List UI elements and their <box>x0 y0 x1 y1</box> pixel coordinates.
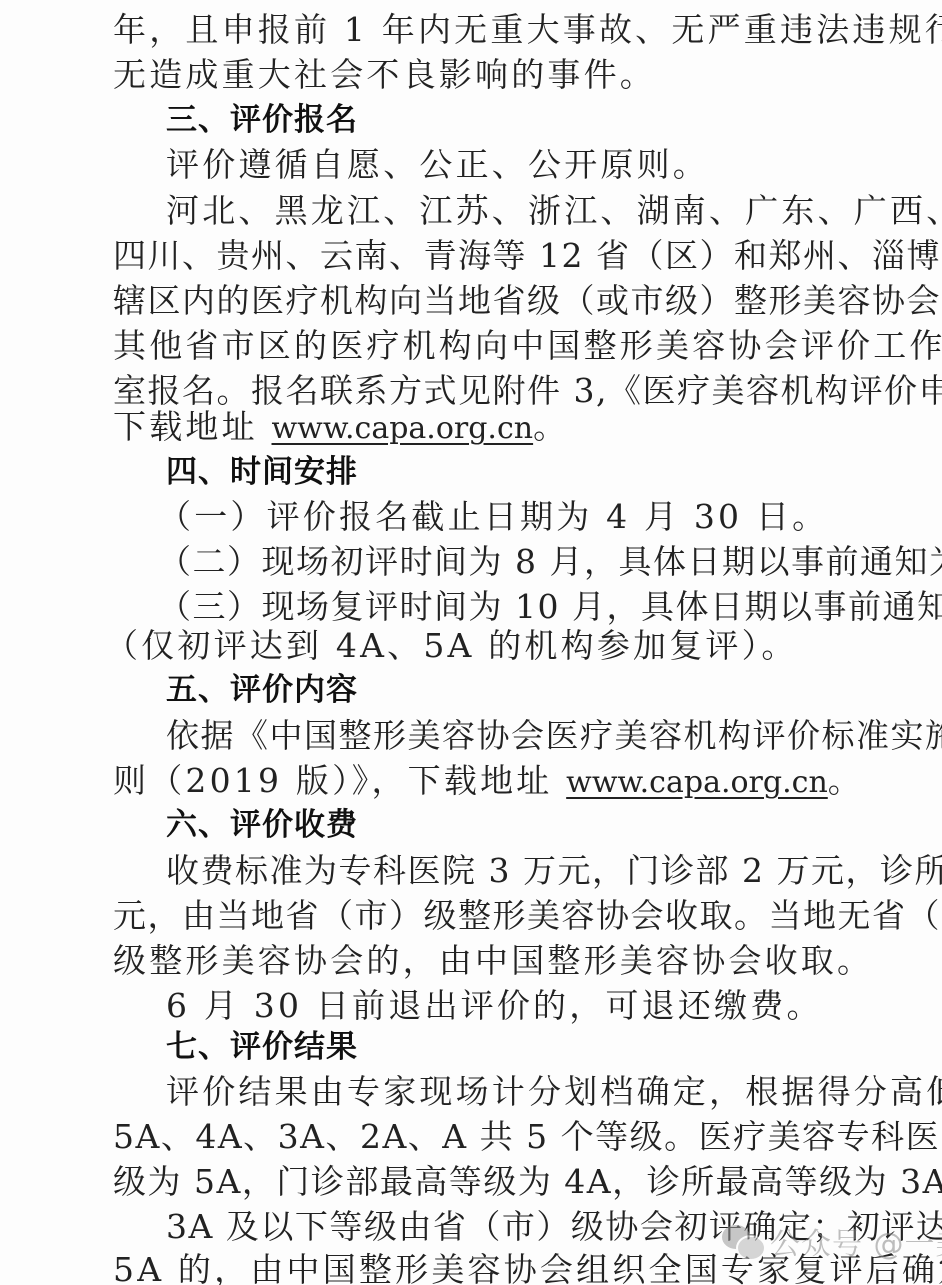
capa-website-link[interactable]: www.capa.org.cn <box>566 765 828 800</box>
download-line: 下载地址 www.capa.org.cn。 <box>113 405 883 449</box>
body-line: （仅初评达到 4A、5A 的机构参加复评）。 <box>105 624 875 668</box>
body-line: 6 月 30 日前退出评价的，可退还缴费。 <box>166 984 936 1028</box>
wechat-icon <box>722 1223 766 1259</box>
download-line: 则（2019 版）》，下载地址 www.capa.org.cn。 <box>113 759 883 803</box>
punctuation: 。 <box>828 761 864 800</box>
section-heading-schedule: 四、时间安排 <box>166 450 936 494</box>
capa-website-link[interactable]: www.capa.org.cn <box>272 411 534 446</box>
body-line: 收费标准为专科医院 3 万元，门诊部 2 万元，诊所 1 万 <box>166 849 936 893</box>
body-line: 评价结果由专家现场计分划档确定，根据得分高低分为 <box>166 1070 936 1114</box>
download-label: 下载地址 <box>113 407 272 446</box>
body-line: 四川、贵州、云南、青海等 12 省（区）和郑州、淄博 2 市 <box>113 234 883 278</box>
body-line: 评价遵循自愿、公正、公开原则。 <box>166 143 936 187</box>
body-line: 辖区内的医疗机构向当地省级（或市级）整形美容协会报名； <box>113 279 883 323</box>
punctuation: 。 <box>533 407 569 446</box>
schedule-item: （二）现场初评时间为 8 月，具体日期以事前通知为准。 <box>158 540 928 584</box>
body-line: 元，由当地省（市）级整形美容协会收取。当地无省（市） <box>113 894 883 938</box>
section-heading-content: 五、评价内容 <box>166 668 936 712</box>
body-line: 5A、4A、3A、2A、A 共 5 个等级。医疗美容专科医院最高等 <box>113 1115 883 1159</box>
body-line: 无造成重大社会不良影响的事件。 <box>113 53 883 97</box>
body-line: 其他省市区的医疗机构向中国整形美容协会评价工作办公 <box>113 324 883 368</box>
section-heading-results: 七、评价结果 <box>166 1025 936 1069</box>
watermark: 公众号 @一美社 <box>722 1219 942 1263</box>
section-heading-fees: 六、评价收费 <box>166 803 936 847</box>
body-line: 年，且申报前 1 年内无重大事故、无严重违法违规行为记录、 <box>113 8 883 52</box>
body-line: 级为 5A，门诊部最高等级为 4A，诊所最高等级为 3A。 <box>113 1160 883 1204</box>
section-heading-registration: 三、评价报名 <box>166 98 936 142</box>
document-page: 年，且申报前 1 年内无重大事故、无严重违法违规行为记录、 无造成重大社会不良影… <box>0 0 942 1285</box>
body-text: 则（2019 版）》，下载地址 <box>113 761 566 800</box>
schedule-item: （三）现场复评时间为 10 月，具体日期以事前通知为准 <box>158 585 928 629</box>
body-line: 依据《中国整形美容协会医疗美容机构评价标准实施细 <box>166 714 936 758</box>
body-line: 河北、黑龙江、江苏、浙江、湖南、广东、广西、海南、 <box>166 189 936 233</box>
watermark-text: 公众号 @一美社 <box>770 1219 942 1263</box>
schedule-item: （一）评价报名截止日期为 4 月 30 日。 <box>158 495 928 539</box>
body-line: 级整形美容协会的，由中国整形美容协会收取。 <box>113 939 883 983</box>
